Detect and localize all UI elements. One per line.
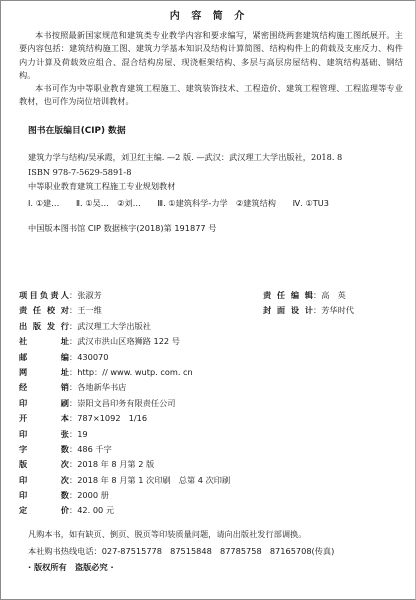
notice-defect: 凡购本书，如有缺页、倒页、脱页等印装质量问题，请向出版社发行部调换。 <box>28 526 334 543</box>
cip-class-item: Ⅰ. ①建… <box>28 198 59 208</box>
cip-class-item: Ⅳ. ①TU3 <box>293 198 329 208</box>
credit-value: 486 千字 <box>77 442 112 457</box>
credit-row: 版 次：2018 年 8 月第 2 版 <box>19 457 230 472</box>
credit-row: 经 销：各地新华书店 <box>19 380 230 395</box>
cip-class-item: Ⅲ. ①建筑科学-力学 ②建筑结构 <box>157 198 276 208</box>
credit-row: 印 刷：崇阳文昌印务有限责任公司 <box>19 396 230 411</box>
credits-right: 责 任 编 辑：高 英 封 面 设 计：芳华时代 <box>263 288 354 319</box>
credit-value: 2018 年 8 月第 2 版 <box>77 457 154 472</box>
credit-label: 字 数 <box>19 442 69 457</box>
credit-label: 社 址 <box>19 334 69 349</box>
credit-label: 责 任 编 辑 <box>263 288 313 303</box>
credit-label: 网 址 <box>19 365 69 380</box>
credit-row: 社 址：武汉市洪山区珞狮路 122 号 <box>19 334 230 349</box>
credit-label: 印 刷 <box>19 396 69 411</box>
cip-series: 中等职业教育建筑工程施工专业规划教材 <box>28 181 175 192</box>
credit-value: 各地新华书店 <box>77 380 126 395</box>
credits-left: 项目负责人：张淑芳 责 任 校 对：王一维 出 版 发 行：武汉理工大学出版社 … <box>19 288 230 519</box>
summary-body: 本书按照最新国家规范和建筑类专业教学内容和要求编写，紧密围绕两套建筑结构施工图纸… <box>19 29 403 109</box>
credit-value: 高 英 <box>321 288 346 303</box>
summary-paragraph: 本书按照最新国家规范和建筑类专业教学内容和要求编写，紧密围绕两套建筑结构施工图纸… <box>19 29 403 82</box>
credit-label: 印 数 <box>19 488 69 503</box>
copyright-page: 内 容 简 介 本书按照最新国家规范和建筑类专业教学内容和要求编写，紧密围绕两套… <box>0 0 416 600</box>
credit-value: 2000 册 <box>77 488 109 503</box>
credit-label: 定 价 <box>19 503 69 518</box>
credit-row: 印 张：19 <box>19 427 230 442</box>
credit-row: 封 面 设 计：芳华时代 <box>263 303 354 318</box>
cip-classification: Ⅰ. ①建… Ⅱ. ①吴… ②刘… Ⅲ. ①建筑科学-力学 ②建筑结构 Ⅳ. ①… <box>28 198 343 209</box>
credit-value: 787×1092 1/16 <box>77 411 147 426</box>
credit-label: 责 任 校 对 <box>19 303 69 318</box>
credit-label: 印 张 <box>19 427 69 442</box>
cip-class-item: Ⅱ. ①吴… ②刘… <box>76 198 141 208</box>
copyright-notice: · 版权所有 盗版必究 · <box>28 559 334 576</box>
credit-label: 经 销 <box>19 380 69 395</box>
credit-label: 封 面 设 计 <box>263 303 313 318</box>
summary-paragraph: 本书可作为中等职业教育建筑工程施工、建筑装饰技术、工程造价、建筑工程管理、工程监… <box>19 82 403 109</box>
credit-value: 王一维 <box>77 303 102 318</box>
credit-label: 项目负责人 <box>19 288 69 303</box>
cip-citation: 建筑力学与结构/吴承霞，刘卫红主编. —2 版. —武汉：武汉理工大学出版社，2… <box>28 152 342 163</box>
credit-row: 开 本：787×1092 1/16 <box>19 411 230 426</box>
notice-block: 凡购本书，如有缺页、倒页、脱页等印装质量问题，请向出版社发行部调换。 本社购书热… <box>28 526 334 576</box>
credit-row: 责 任 校 对：王一维 <box>19 303 230 318</box>
credit-label: 版 次 <box>19 457 69 472</box>
credit-label: 邮 编 <box>19 350 69 365</box>
credit-row: 印 次：2018 年 8 月第 1 次印刷 总第 4 次印刷 <box>19 473 230 488</box>
credit-row: 定 价：42. 00 元 <box>19 503 230 518</box>
cip-record: 中国版本图书馆 CIP 数据核字(2018)第 191877 号 <box>28 223 216 234</box>
credit-value: 2018 年 8 月第 1 次印刷 总第 4 次印刷 <box>77 473 230 488</box>
credit-value: 张淑芳 <box>77 288 102 303</box>
credit-label: 印 次 <box>19 473 69 488</box>
credit-value: 崇阳文昌印务有限责任公司 <box>77 396 175 411</box>
cip-heading: 图书在版编目(CIP) 数据 <box>28 123 126 136</box>
credit-value: 19 <box>77 427 87 442</box>
summary-title: 内 容 简 介 <box>1 7 416 22</box>
credit-row: 项目负责人：张淑芳 <box>19 288 230 303</box>
credit-row: 印 数：2000 册 <box>19 488 230 503</box>
credit-row: 字 数：486 千字 <box>19 442 230 457</box>
credit-value: 芳华时代 <box>321 303 354 318</box>
credit-value: 武汉理工大学出版社 <box>77 319 151 334</box>
credit-value: http：// www. wutp. com. cn <box>77 365 193 380</box>
credit-value: 430070 <box>77 350 108 365</box>
credit-row: 责 任 编 辑：高 英 <box>263 288 354 303</box>
notice-hotline: 本社购书热线电话：027-87515778 87515848 87785758 … <box>28 543 334 560</box>
credit-label: 出 版 发 行 <box>19 319 69 334</box>
credit-value: 42. 00 元 <box>77 503 114 518</box>
cip-isbn: ISBN 978-7-5629-5891-8 <box>28 167 131 177</box>
credit-row: 出 版 发 行：武汉理工大学出版社 <box>19 319 230 334</box>
credit-row: 邮 编：430070 <box>19 350 230 365</box>
credit-label: 开 本 <box>19 411 69 426</box>
credit-row: 网 址：http：// www. wutp. com. cn <box>19 365 230 380</box>
credit-value: 武汉市洪山区珞狮路 122 号 <box>77 334 180 349</box>
